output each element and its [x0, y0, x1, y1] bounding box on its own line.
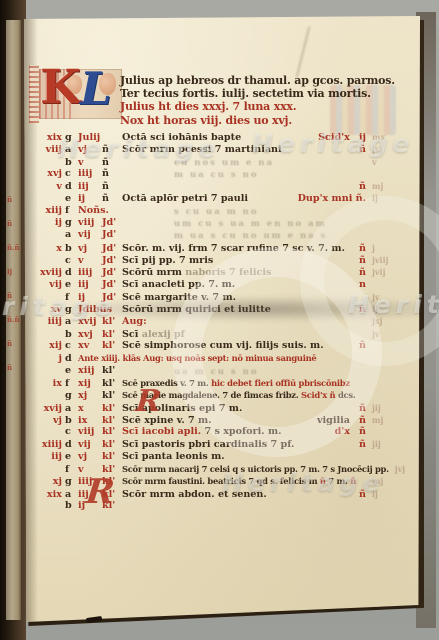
spine-mark: ñ — [7, 340, 23, 348]
day-numeral: viij — [78, 217, 102, 229]
calendar-row: xjgiiijkl'Scōr mrm faustini. beatricis 7… — [24, 475, 420, 487]
grading-segment: d'x — [335, 426, 350, 437]
calendar-row: xiijfNoñs.s cu ua m no — [24, 205, 420, 217]
right-cover-edge — [433, 40, 439, 640]
margin-showthrough: jij — [366, 402, 406, 414]
calendar-row: xvijaxkl'Scī apolinaris epi 7 m.ñjij — [24, 402, 420, 414]
feast-entry-segment: Scōr. m. vij. frm 7 scar rufine 7 sc v. … — [122, 243, 345, 254]
feast-entry-segment: dcs. — [338, 390, 355, 400]
spine-mark: ñ — [7, 196, 23, 204]
feast-entry-segment: Scī anacleti pp. 7. m. — [122, 279, 235, 290]
day-suffix: kl' — [102, 365, 122, 377]
feast-entry: Scī iacobi apli. 7 s xpofori. m. — [122, 426, 326, 438]
golden-number: iij — [32, 451, 65, 463]
feast-entry-segment: ñ — [350, 476, 356, 486]
margin-showthrough: jxj — [366, 315, 406, 327]
grading-segment: vigilia — [317, 415, 350, 426]
margin-showthrough: ij — [366, 303, 406, 315]
feast-entry-segment: Aug: — [122, 316, 147, 327]
feast-entry-segment: Scē praxedis v. 7 m. — [122, 378, 211, 388]
grading-segment: ñ — [359, 304, 366, 315]
grading-segment: ñ — [359, 340, 366, 351]
grading-segment: ñ — [359, 181, 366, 192]
calendar-row: vijeiijJd'Scī anacleti pp. 7. m.n — [24, 279, 420, 291]
calendar-row: jdAnte xiiij. klās Aug: usq noās sept: n… — [24, 352, 420, 364]
grading-annotation: ñ — [350, 340, 366, 352]
grading-segment: ñ — [359, 144, 366, 155]
feast-entry: Scōr mrm nacarij 7 celsi q s uictoris pp… — [122, 463, 389, 475]
grading-segment: ñ — [359, 489, 366, 500]
feast-entry-segment: Octā aplōr petri 7 pauli — [122, 193, 248, 204]
calendar-row: gxjkl'Scē marie magdalene. 7 de fimcas f… — [24, 389, 420, 401]
dominical-letter: e — [65, 279, 78, 291]
day-suffix: ñ — [102, 168, 122, 180]
feast-entry-segment: 7 s xpofori. m. — [204, 426, 281, 437]
margin-showthrough: ij — [366, 488, 406, 500]
grading-segment: ñ — [359, 255, 366, 266]
margin-showthrough: jviij — [366, 254, 406, 266]
dominical-letter: c — [65, 168, 78, 180]
feast-entry-segment: Scī pastoris pbri cardinalis 7 pf. — [122, 439, 294, 450]
calendar-row: bxvjkl'Scī alexij pfjv — [24, 328, 420, 340]
initial-letter-k: K — [40, 62, 81, 114]
calendar-row: ixfxijkl'Scē praxedis v. 7 m. hic debet … — [24, 377, 420, 389]
book-spine: ñññ.ñijññ.ñññ — [0, 0, 26, 640]
day-suffix: Jd' — [102, 229, 122, 241]
feast-entry: Scē simphorose cum vij. filijs suis. m. — [122, 340, 350, 352]
golden-number: xiij — [32, 205, 65, 217]
feast-entry-segment: Scē simphorose cum vij. filijs suis. m. — [122, 340, 324, 351]
spine-mark: ñ — [7, 292, 23, 300]
day-numeral: xiij — [78, 365, 102, 377]
calendar-row: vdiijññmj — [24, 180, 420, 192]
margin-showthrough: mj — [366, 475, 406, 487]
calendar-row: xvgJdibusScōrū mrm quirici et iulitteñij — [24, 303, 420, 315]
kl-flourish: R — [84, 472, 116, 512]
calendar-row: fijJd'Scē margarite v. 7 m.jv — [24, 291, 420, 303]
header-verse-line1: Julius ap hebreos dr thamul. ap gcos. pa… — [120, 74, 420, 87]
grading-segment: ñ — [359, 267, 366, 278]
grading-segment: ij — [359, 132, 366, 143]
calendar-row: iijevjkl'Scī panta leonis m. — [24, 451, 420, 463]
grading-segment: ñ — [359, 403, 366, 414]
feast-entry-segment: hic debet fieri offiū pbriscōnibz — [211, 378, 350, 388]
calendar-row: xixaiijkl'Scōr mrm abdon. et senen.ñij — [24, 488, 420, 500]
calendar-header: Julius ap hebreos dr thamul. ap gcos. pa… — [120, 74, 420, 127]
dominical-letter: c — [65, 426, 78, 438]
feast-entry-segment: Ante xiiij. klās Aug: usq noās sept: nō … — [78, 353, 316, 363]
calendar-row: vjbixkl'Scē xpine v. 7 m.vigiliañmj — [24, 414, 420, 426]
calendar-row: xixgJulijOctā sci iohānis bapteScid'xijm… — [24, 131, 420, 143]
grading-segment: ñ — [359, 439, 366, 450]
day-numeral: viij — [78, 426, 102, 438]
grading-segment: ñ — [359, 415, 366, 426]
feast-entry-segment: Scōr mrm abdon. et senen. — [122, 489, 267, 500]
day-numeral: vij — [78, 229, 102, 241]
grading-segment: Scid'x — [318, 132, 350, 143]
golden-number: xvj — [32, 168, 65, 180]
calendar-row: exiijkl'ua m cu s no — [24, 365, 420, 377]
margin-showthrough: j — [366, 242, 406, 254]
feast-entry: Scī panta leonis m. — [122, 451, 366, 463]
feast-entry-segment: 7 m. — [326, 476, 351, 486]
feast-entry-segment: Scōrū mrm — [122, 267, 185, 278]
feast-entry-segment: Scōr mrm faustini. beatricis 7 qd s. fel… — [122, 476, 320, 486]
day-numeral: Noñs. — [78, 205, 102, 217]
day-suffix: Jd' — [102, 279, 122, 291]
spine-mark: ij — [7, 268, 23, 276]
manuscript-page: K L Julius ap hebreos dr thamul. ap gcos… — [24, 16, 420, 622]
calendar-row: ijgviijJd'um cu s ua m en no am — [24, 217, 420, 229]
day-suffix: Jd' — [102, 217, 122, 229]
calendar-row: eijñOctā aplōr petri 7 pauliDup'x mni ñ.… — [24, 192, 420, 204]
margin-showthrough: jv — [366, 328, 406, 340]
calendar-row: xiiijdvijkl'Scī pastoris pbri cardinalis… — [24, 438, 420, 450]
dominical-letter: f — [65, 205, 78, 217]
feast-entry-segment: naboris 7 felicis — [185, 267, 271, 278]
calendar-row: xviijdiiijJd'Scōrū mrm naboris 7 felicis… — [24, 266, 420, 278]
margin-showthrough: mj — [366, 414, 406, 426]
day-suffix: kl' — [102, 451, 122, 463]
feast-entry: Scī anacleti pp. 7. m. — [122, 279, 350, 291]
feast-entry-segment: Scōr mrm nacarij 7 celsi q s uictoris pp… — [122, 464, 389, 474]
feast-entry-segment: Scī pij pp. 7 mris — [122, 255, 213, 266]
day-suffix: kl' — [102, 340, 122, 352]
feast-entry-segment: Scī iacobi apli. — [122, 426, 204, 437]
calendar-row: iiijaxvijkl'Aug:jxj — [24, 315, 420, 327]
dominical-letter: a — [65, 229, 78, 241]
calendar-row: cviijkl'Scī iacobi apli. 7 s xpofori. m.… — [24, 426, 420, 438]
feast-entry: Ante xiiij. klās Aug: usq noās sept: nō … — [78, 352, 366, 364]
spine-red-marks: ñññ.ñijññ.ñññ — [7, 196, 23, 372]
day-numeral: xv — [78, 340, 102, 352]
grading-segment: ñ — [359, 243, 366, 254]
kl-flourish: R — [134, 384, 163, 419]
calendar-row: viijavjñScōr mrm pcessi 7 martinianiñjvj — [24, 143, 420, 155]
golden-number: vij — [32, 279, 65, 291]
calendar-rows: xixgJulijOctā sci iohānis bapteScid'xijm… — [24, 131, 420, 512]
margin-showthrough: jvij — [366, 266, 406, 278]
grading-segment: n — [359, 279, 366, 290]
feast-entry: Scōr mrm faustini. beatricis 7 qd s. fel… — [122, 475, 366, 487]
margin-showthrough: jv — [366, 291, 406, 303]
spine-mark: ñ — [7, 364, 23, 372]
feast-entry-segment: alexij pf — [142, 329, 185, 340]
calendar-row: xijcxvkl'Scē simphorose cum vij. filijs … — [24, 340, 420, 352]
calendar-row: bvñvcu nos um e na — [24, 156, 420, 168]
feast-entry-segment: Scōrū mrm quirici et iulitte — [122, 304, 271, 315]
header-rubric-line1: Julius ht dies xxxj. 7 luna xxx. — [120, 100, 420, 113]
calendar-row: fvkl'Scōr mrm nacarij 7 celsi q s uictor… — [24, 463, 420, 475]
dominical-letter: b — [65, 500, 78, 512]
day-suffix: kl' — [102, 426, 122, 438]
manuscript-photo: ñññ.ñijññ.ñññ K L Julius ap hebreos dr t… — [0, 0, 439, 640]
calendar-row: avijJd'm ua s cu no um e na s — [24, 229, 420, 241]
day-numeral: vj — [78, 451, 102, 463]
day-numeral: iiij — [78, 168, 102, 180]
spine-mark: ñ — [7, 220, 23, 228]
margin-showthrough: mj — [366, 180, 406, 192]
calendar-row: xvjciiijñm ua cu s no — [24, 168, 420, 180]
parchment-crease — [296, 27, 311, 78]
header-verse-line2: Ter tecius fortis. iulij. sectetim via m… — [120, 87, 420, 100]
feast-entry-segment: Scid'x ñ — [301, 390, 338, 400]
grading-annotation: d'xñ — [326, 426, 366, 438]
dominical-letter: c — [65, 340, 78, 352]
kl-illuminated-initial: K L — [29, 69, 122, 119]
initial-ground: K L — [39, 69, 122, 119]
day-numeral: iij — [78, 279, 102, 291]
dominical-letter: e — [65, 365, 78, 377]
spine-mark: ñ.ñ — [7, 244, 23, 252]
margin-showthrough: v — [366, 156, 406, 168]
dominical-letter: g — [65, 217, 78, 229]
feast-entry-segment: Scē margarite v. 7 m. — [122, 292, 236, 303]
grading-segment: Dup'x mni ñ. — [298, 193, 366, 204]
margin-showthrough: jvj — [366, 143, 406, 155]
margin-showthrough: ij — [366, 192, 406, 204]
margin-showthrough: mx — [366, 131, 406, 143]
spine-mark: ñ.ñ — [7, 316, 23, 324]
golden-number: ij — [32, 217, 65, 229]
header-rubric-line2: Nox ht horas viij. dies uo xvj. — [120, 114, 420, 127]
feast-entry-segment: Scī — [122, 329, 142, 340]
dominical-letter: e — [65, 451, 78, 463]
feast-entry-segment: Scī panta leonis m. — [122, 451, 225, 462]
margin-showthrough: jij — [366, 438, 406, 450]
golden-number: xij — [32, 340, 65, 352]
grading-segment: ñ — [359, 426, 366, 437]
feast-entry-segment: Octā sci iohānis bapte — [122, 132, 241, 143]
calendar-row: cvJd'Scī pij pp. 7 mrisñjviij — [24, 254, 420, 266]
calendar-row: xbvjJd'Scōr. m. vij. frm 7 scar rufine 7… — [24, 242, 420, 254]
grading-annotation: n — [350, 279, 366, 291]
initial-letter-l: L — [80, 63, 112, 115]
feast-entry-segment: Scōr mrm pcessi 7 martiniani — [122, 144, 282, 155]
initial-lace-border — [29, 65, 39, 123]
